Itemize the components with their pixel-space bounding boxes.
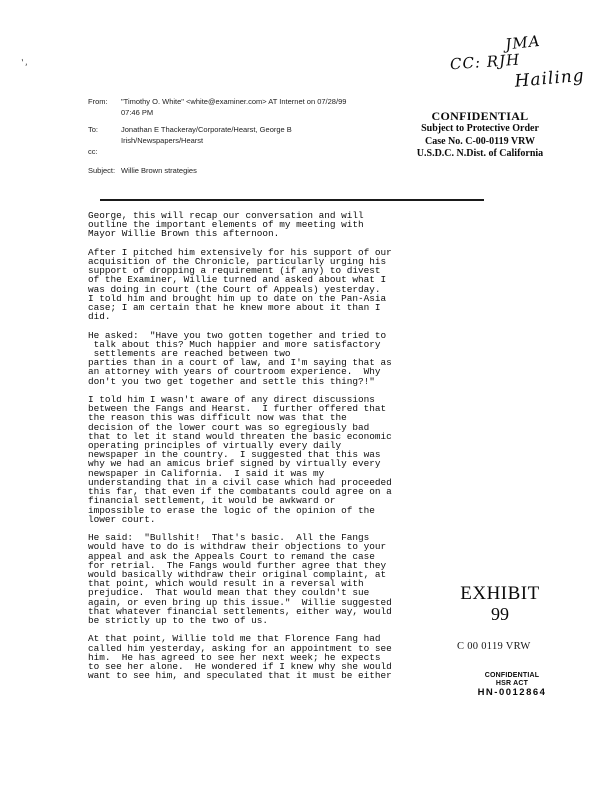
subject-value: Willie Brown strategies xyxy=(121,165,388,176)
court-line: U.S.D.C. N.Dist. of California xyxy=(358,148,602,161)
scanned-email-document: ', JMA CC: RJH Hailing From: "Timothy O.… xyxy=(0,0,611,792)
email-from-row: From: "Timothy O. White" <white@examiner… xyxy=(88,96,388,118)
confidential-protective-order-block: CONFIDENTIAL Subject to Protective Order… xyxy=(358,110,602,161)
footer-hsr-act-label: HSR ACT xyxy=(462,680,562,688)
cc-value xyxy=(121,146,388,157)
email-cc-row: cc: xyxy=(88,146,388,157)
handwritten-annotation: JMA CC: RJH Hailing xyxy=(433,31,593,37)
bates-number: HN-0012864 xyxy=(462,687,562,699)
footer-confidential-label: CONFIDENTIAL xyxy=(462,672,562,680)
subject-label: Subject: xyxy=(88,165,121,176)
exhibit-number: 99 xyxy=(438,604,562,624)
case-number-line: Case No. C-00-0119 VRW xyxy=(358,136,602,149)
handwritten-name: Hailing xyxy=(514,66,586,92)
from-label: From: xyxy=(88,96,121,118)
from-value: "Timothy O. White" <white@examiner.com> … xyxy=(121,96,388,118)
case-number-stamp: C 00 0119 VRW xyxy=(457,641,531,652)
email-body-text: George, this will recap our conversation… xyxy=(88,211,392,680)
email-to-row: To: Jonathan E Thackeray/Corporate/Hears… xyxy=(88,124,388,146)
cc-label: cc: xyxy=(88,146,121,157)
exhibit-stamp: EXHIBIT 99 xyxy=(438,583,562,624)
bates-confidential-stamp: CONFIDENTIAL HSR ACT HN-0012864 xyxy=(462,672,562,699)
exhibit-label: EXHIBIT xyxy=(438,583,562,604)
email-subject-row: Subject: Willie Brown strategies xyxy=(88,165,388,176)
scan-artifact-mark: ', xyxy=(21,57,29,68)
email-header: From: "Timothy O. White" <white@examiner… xyxy=(88,96,388,176)
to-label: To: xyxy=(88,124,121,146)
header-divider-rule xyxy=(100,199,484,201)
protective-order-line: Subject to Protective Order xyxy=(358,123,602,136)
confidential-title: CONFIDENTIAL xyxy=(358,110,602,123)
to-value: Jonathan E Thackeray/Corporate/Hearst, G… xyxy=(121,124,388,146)
handwritten-cc-rjh: CC: RJH xyxy=(449,51,520,74)
